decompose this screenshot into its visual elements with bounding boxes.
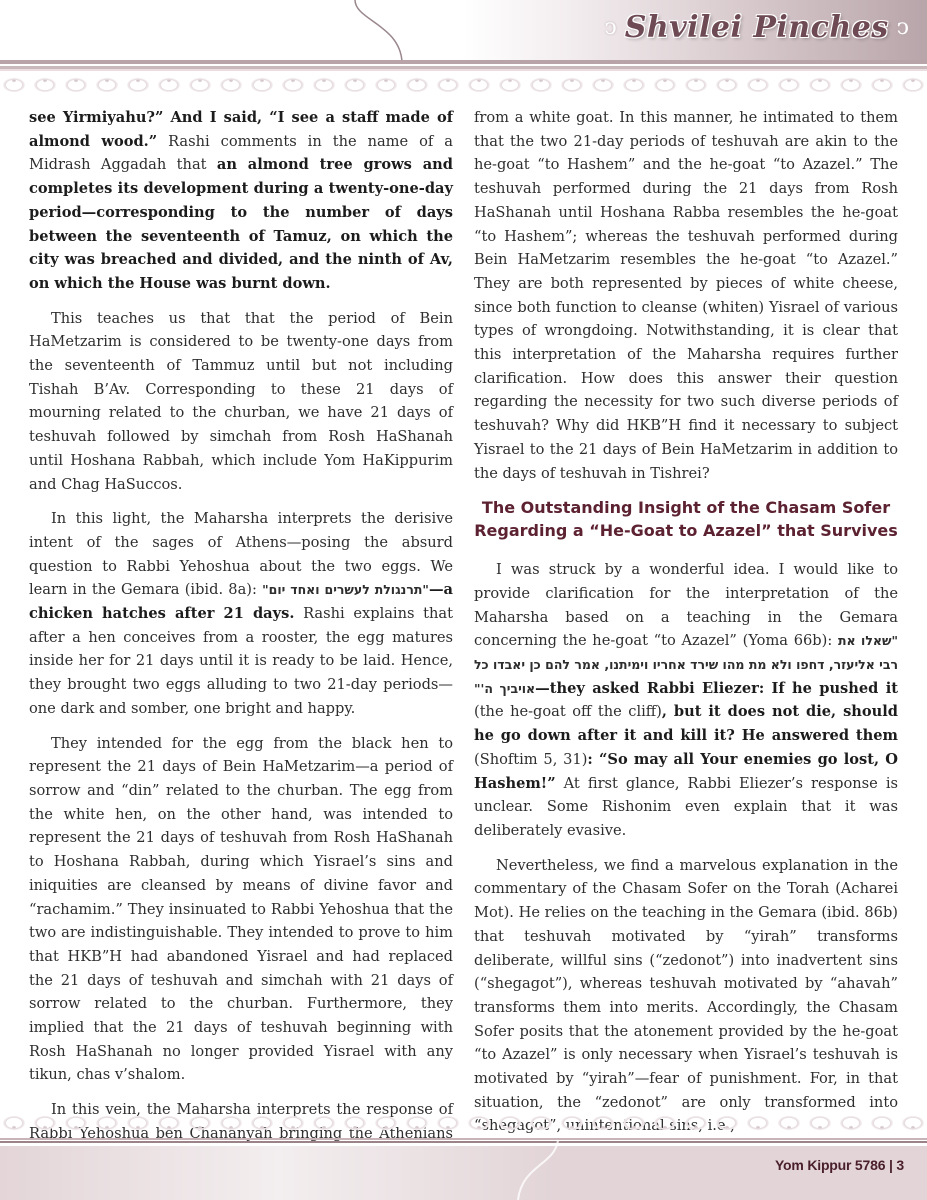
- text-run: I was struck by a wonderful idea. I woul…: [474, 561, 898, 649]
- left-swirl-ornament-icon: ↄ: [604, 17, 616, 39]
- bold-text: —they asked Rabbi Eliezer: If he pushed …: [535, 680, 898, 697]
- page-header: ↄ Shvilei Pinches ↄ: [0, 0, 927, 108]
- left-column: see Yirmiyahu?” And I said, “I see a sta…: [29, 106, 453, 1180]
- text-run: (Shoftim 5, 31): [474, 751, 587, 768]
- paragraph-1: see Yirmiyahu?” And I said, “I see a sta…: [29, 106, 453, 296]
- footer-issue-label: Yom Kippur 5786 | 3: [775, 1157, 904, 1173]
- bold-text: an almond tree grows and completes its d…: [29, 156, 453, 292]
- hebrew-quote: "תרנגולת לעשרים ואחד יום": [262, 582, 429, 597]
- paragraph-7: I was struck by a wonderful idea. I woul…: [474, 558, 898, 842]
- footer-rule: [0, 1141, 927, 1143]
- page-number: 3: [896, 1157, 904, 1173]
- paragraph-6: from a white goat. In this manner, he in…: [474, 106, 898, 485]
- publication-brand: ↄ Shvilei Pinches ↄ: [604, 10, 909, 45]
- publication-title: Shvilei Pinches: [625, 10, 889, 45]
- paragraph-3: In this light, the Maharsha interprets t…: [29, 507, 453, 720]
- header-ornament-border: [0, 71, 927, 93]
- footer-band: [0, 1146, 927, 1200]
- paragraph-2: This teaches us that that the period of …: [29, 307, 453, 497]
- footer-rule: [0, 1138, 927, 1140]
- issue-name: Yom Kippur 5786: [775, 1157, 885, 1173]
- footer-ornament-border: [0, 1115, 927, 1137]
- heading-line-1: The Outstanding Insight of the Chasam So…: [482, 498, 890, 517]
- footer-curve-decoration: [510, 1140, 570, 1200]
- header-curve-decoration: [340, 0, 420, 62]
- paragraph-4: They intended for the egg from the black…: [29, 732, 453, 1088]
- section-heading: The Outstanding Insight of the Chasam So…: [474, 496, 898, 542]
- text-run: (the he-goat off the cliff): [474, 703, 662, 720]
- heading-line-2: Regarding a “He-Goat to Azazel” that Sur…: [474, 521, 898, 540]
- paragraph-8: Nevertheless, we find a marvelous explan…: [474, 854, 898, 1138]
- right-column: from a white goat. In this manner, he in…: [474, 106, 898, 1149]
- page-footer: Yom Kippur 5786 | 3: [0, 1110, 927, 1200]
- separator: |: [889, 1157, 893, 1173]
- right-swirl-ornament-icon: ↄ: [897, 17, 909, 39]
- header-rule: [0, 60, 927, 64]
